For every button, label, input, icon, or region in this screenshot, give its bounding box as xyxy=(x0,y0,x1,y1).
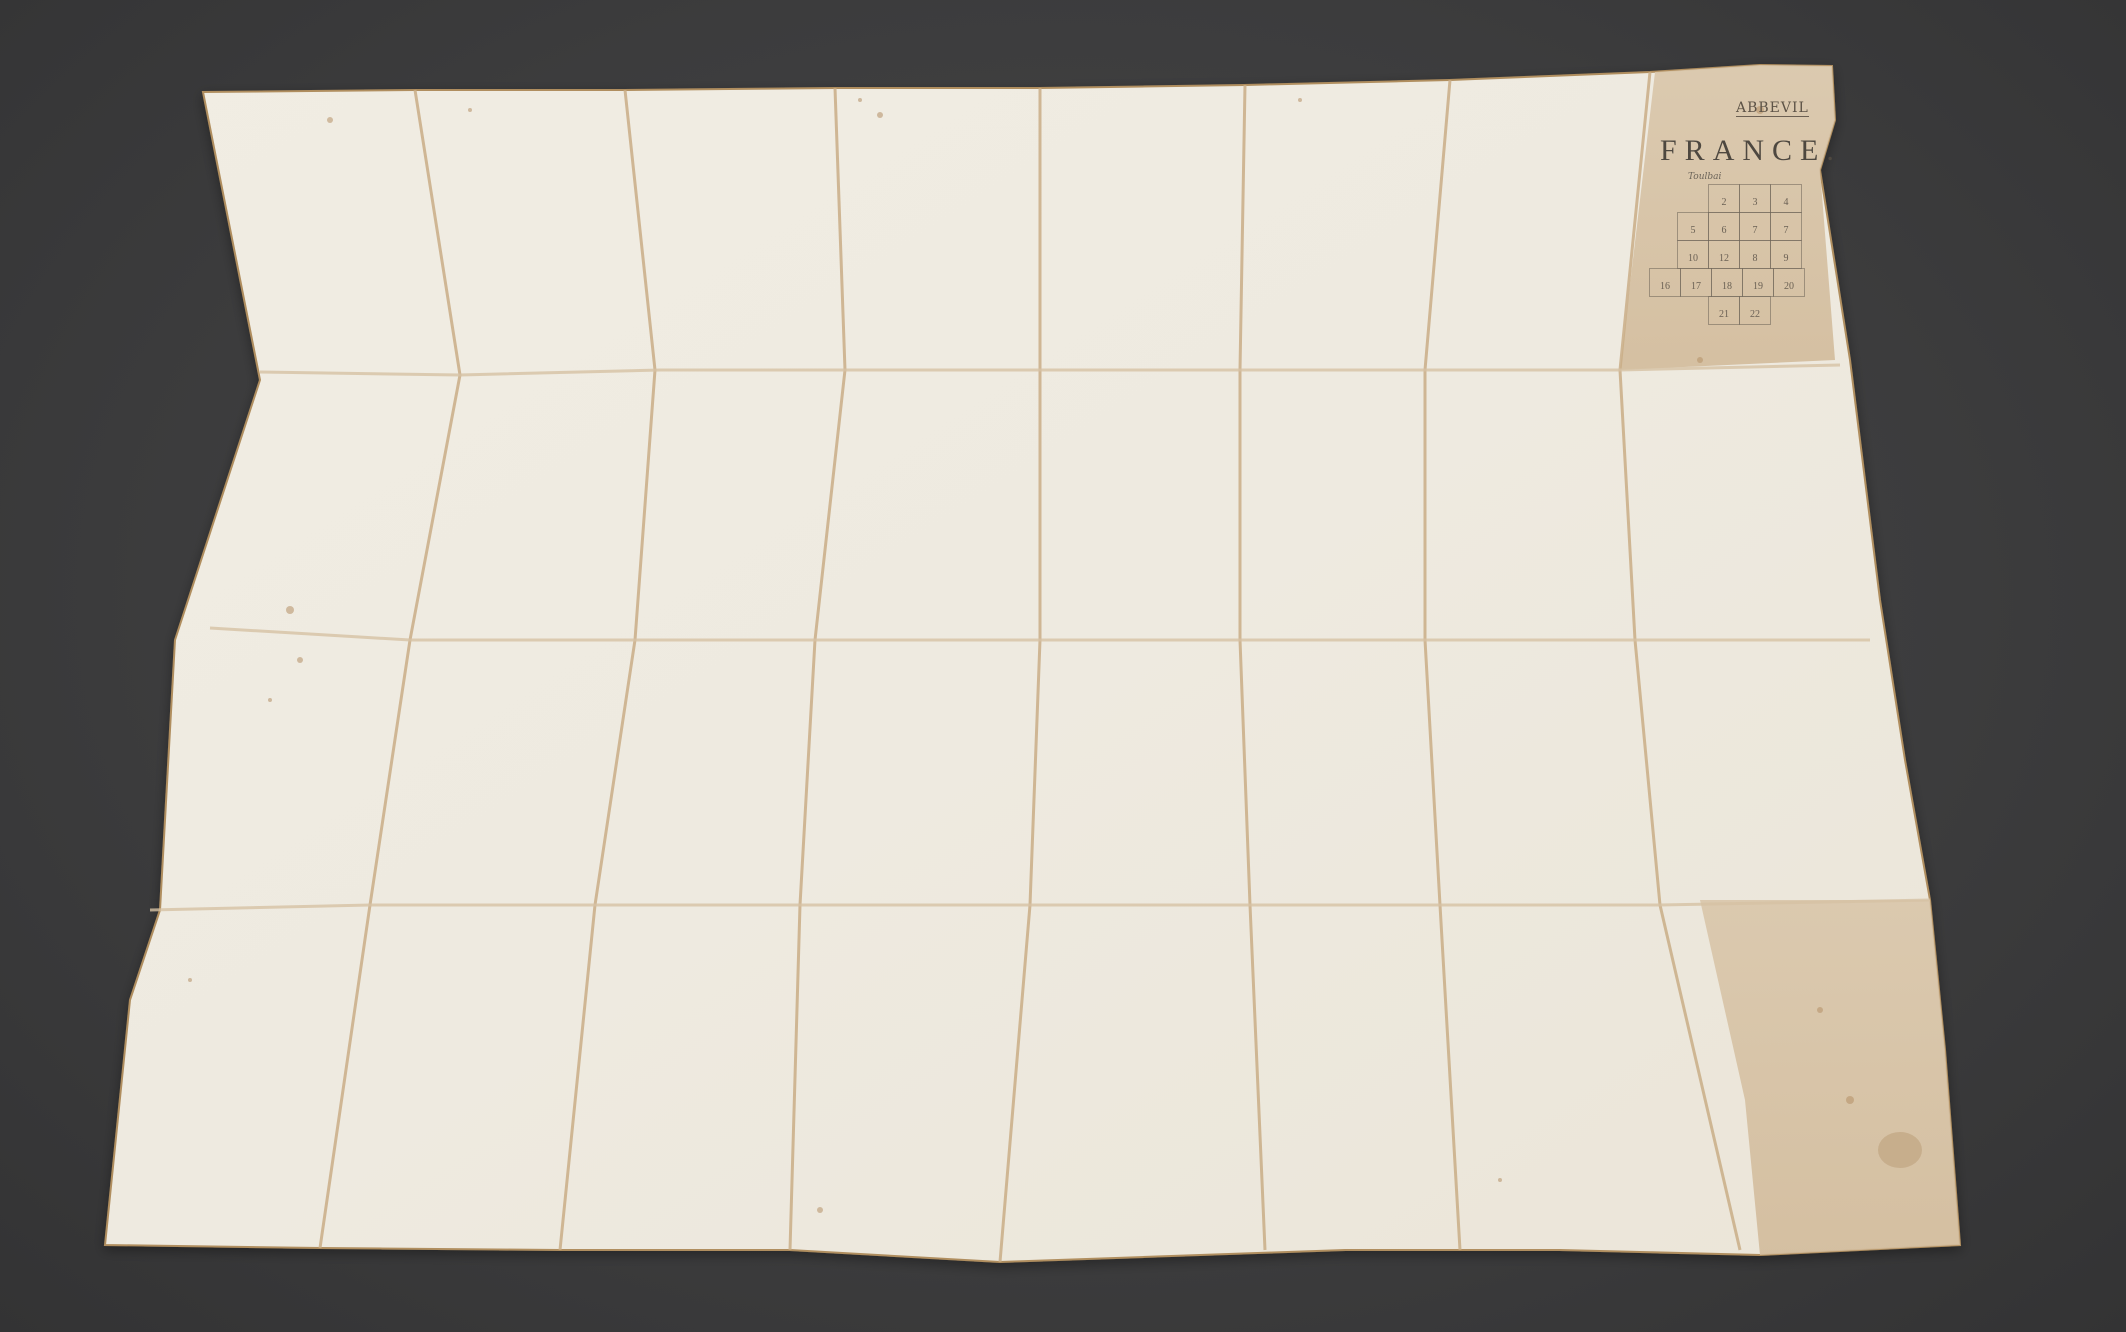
index-cell: 3 xyxy=(1739,184,1771,213)
index-cell: 16 xyxy=(1649,268,1681,297)
index-cell: 19 xyxy=(1742,268,1774,297)
index-cell: 20 xyxy=(1773,268,1805,297)
index-cell: 17 xyxy=(1680,268,1712,297)
town-name: ABBEVIL xyxy=(1736,100,1809,117)
index-cell: 8 xyxy=(1739,240,1771,269)
index-cell: 21 xyxy=(1708,296,1740,325)
map-title: FRANCE. xyxy=(1660,134,1842,168)
index-cell: 7 xyxy=(1739,212,1771,241)
index-cell: 4 xyxy=(1770,184,1802,213)
map-subtitle: Toulbai xyxy=(1688,172,1721,182)
index-cell: 10 xyxy=(1677,240,1709,269)
index-cell: 7 xyxy=(1770,212,1802,241)
index-cell: 9 xyxy=(1770,240,1802,269)
index-cell: 6 xyxy=(1708,212,1740,241)
sheet-index-grid: 2 3 4 5 6 7 7 10 12 8 9 16 17 18 19 20 2… xyxy=(1678,185,1848,325)
index-cell: 5 xyxy=(1677,212,1709,241)
index-cell: 2 xyxy=(1708,184,1740,213)
index-cell: 18 xyxy=(1711,268,1743,297)
index-cell xyxy=(1677,296,1709,325)
index-cell: 12 xyxy=(1708,240,1740,269)
index-cell: 22 xyxy=(1739,296,1771,325)
index-cell xyxy=(1677,184,1709,213)
map-title-label: ABBEVIL FRANCE. Toulbai 2 3 4 5 6 7 7 10… xyxy=(1648,60,1838,380)
